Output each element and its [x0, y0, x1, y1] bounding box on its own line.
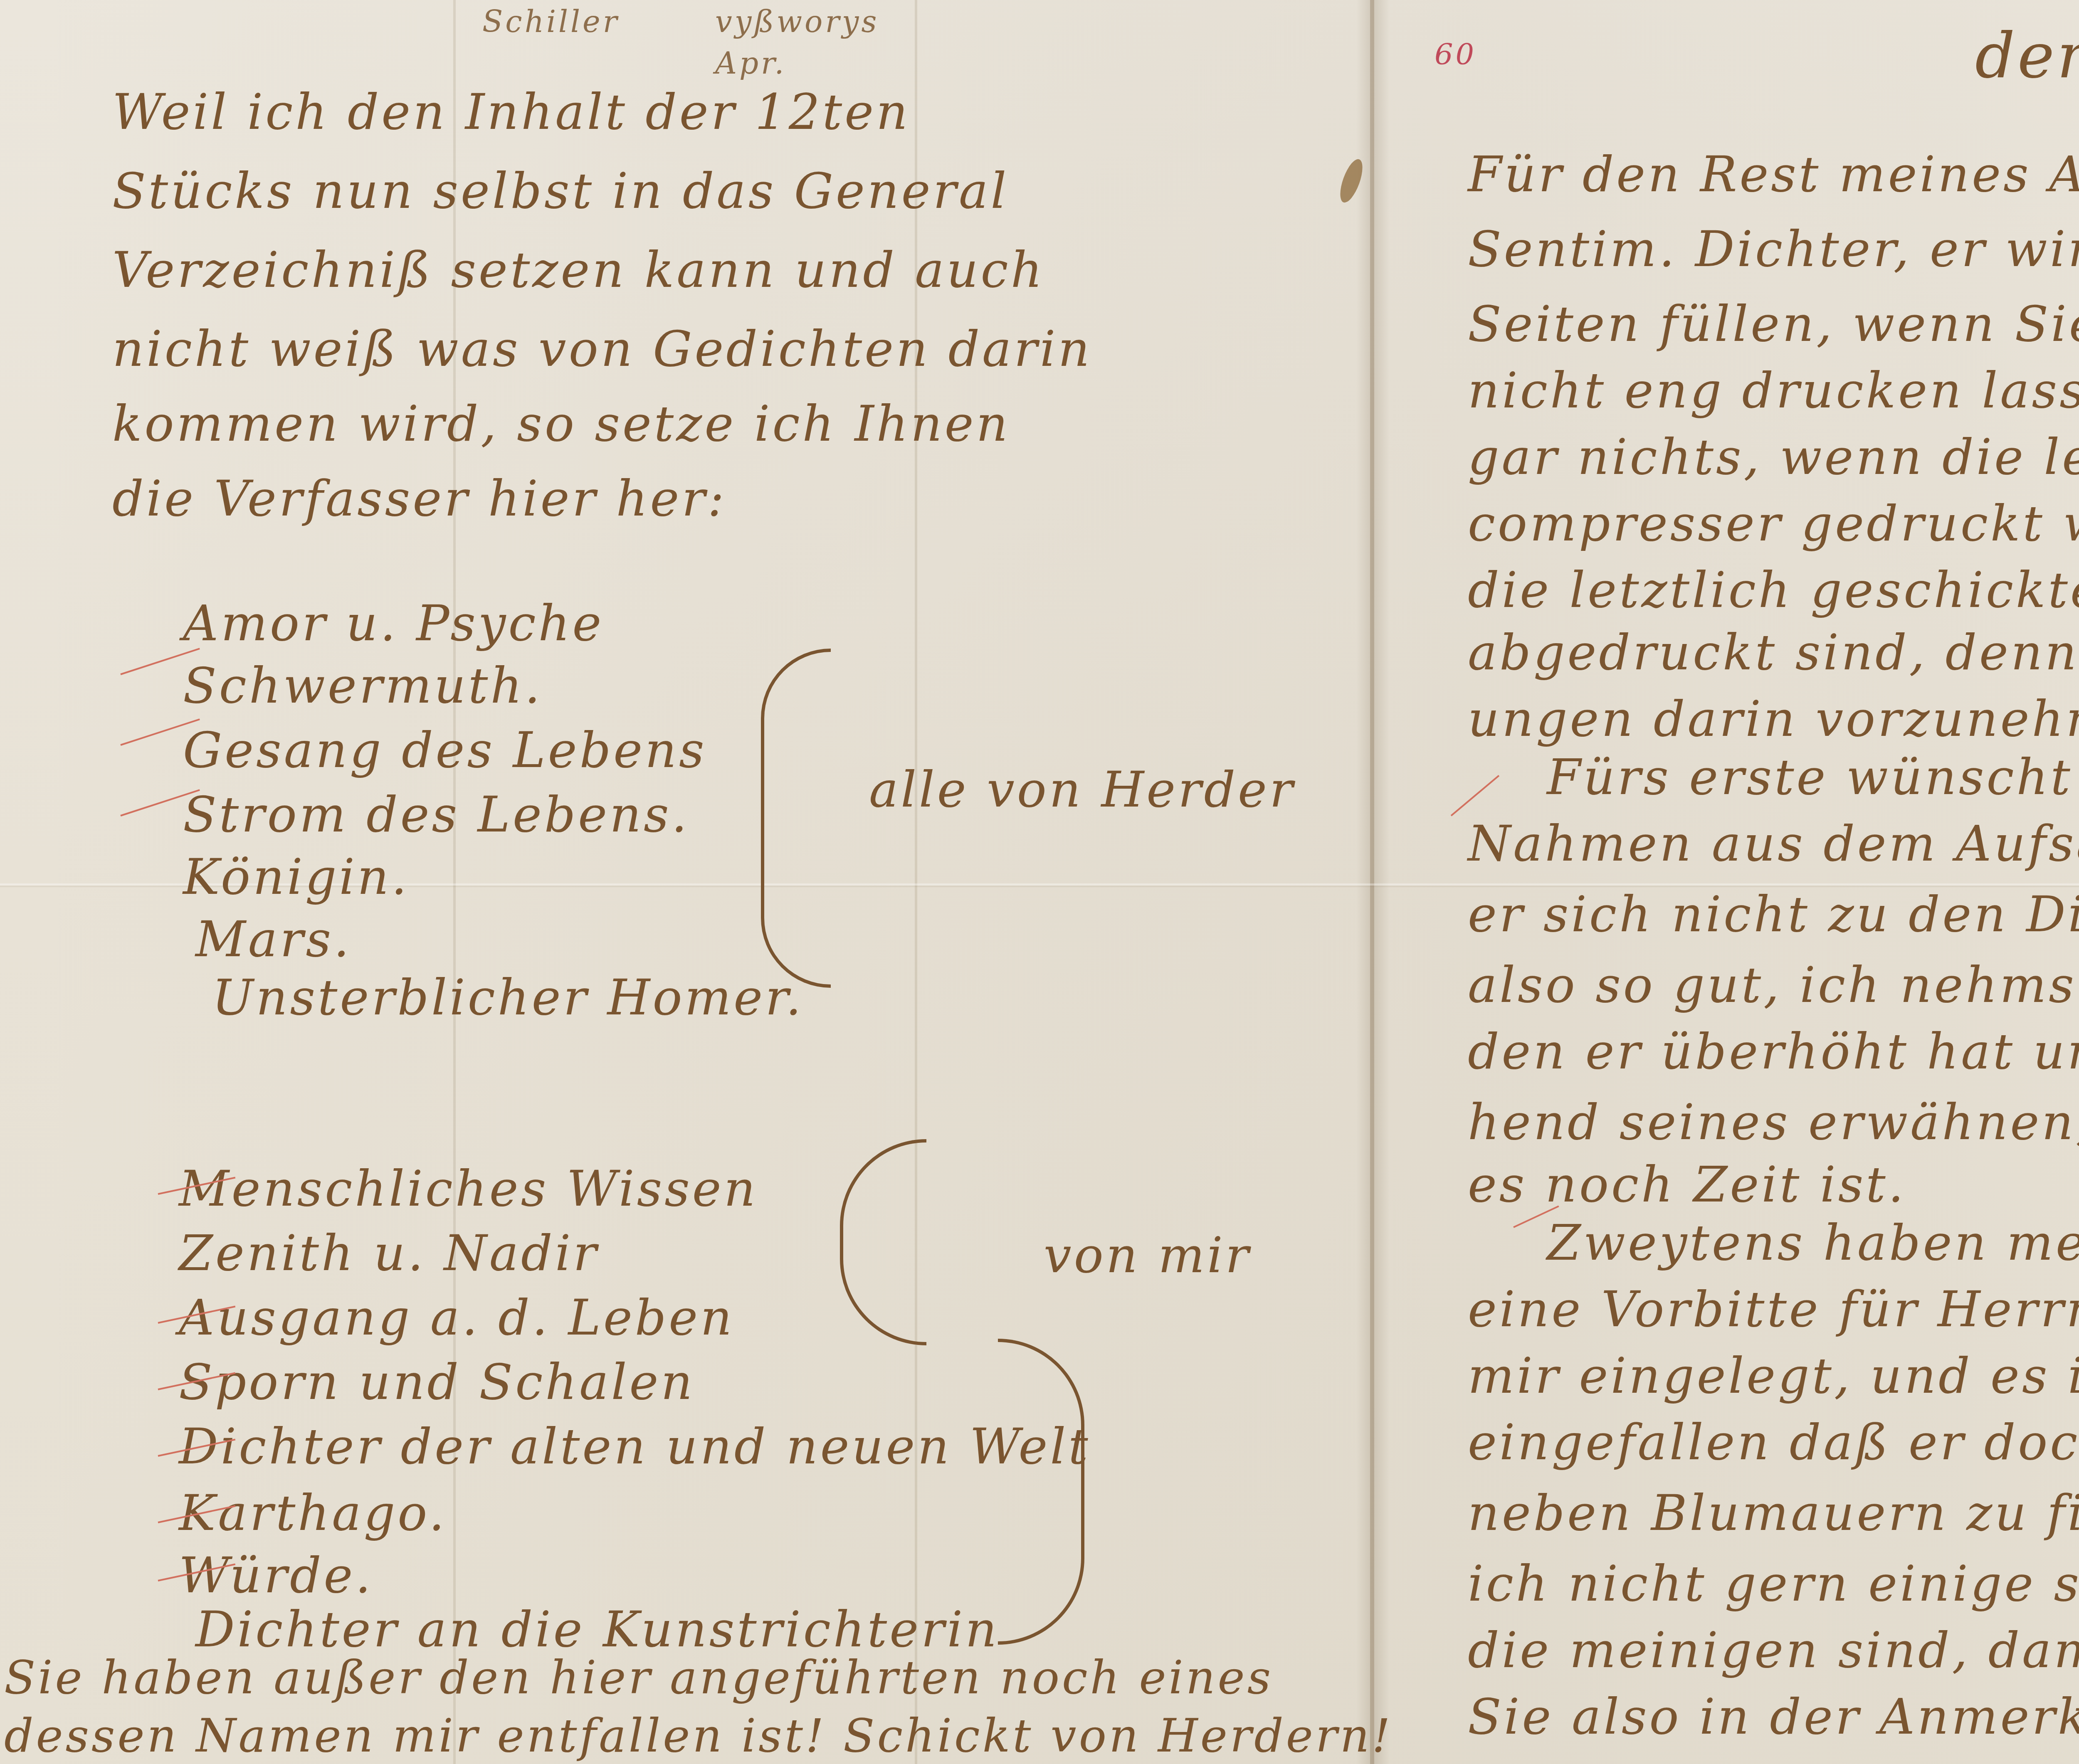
brace-icon [761, 649, 831, 988]
body-line: Nahmen aus dem Aufsatze hinwegbleibe, we… [1468, 819, 2079, 868]
body-line: mir eingelegt, und es ist mir auch selbs… [1468, 1351, 2079, 1400]
poem-title: Dichter der alten und neuen Welt [179, 1422, 1091, 1471]
body-line: die Verfasser hier her: [112, 474, 727, 523]
body-line: Sentim. Dichter, er wird gerade 8 [1468, 225, 2079, 274]
poem-title: Mars. [195, 915, 352, 964]
body-line: neben Blumauern zu figuriren. Auch wolle [1468, 1488, 2079, 1537]
body-line: ungen darin vorzunehmen. [1468, 694, 2079, 743]
archival-number-note: vyßworys [715, 4, 879, 39]
ink-blot [1336, 156, 1367, 205]
closing-line: dessen Namen mir entfallen ist! Schickt … [4, 1713, 1393, 1759]
brace-icon [998, 1339, 1084, 1645]
body-line: es noch Zeit ist. [1468, 1160, 1906, 1209]
red-pencil-mark [1451, 775, 1499, 816]
folio-number: 60 [1435, 37, 1477, 72]
date-line: den VI. Nov. 95. [1975, 25, 2079, 87]
closing-line: Sie haben außer den hier angeführten noc… [4, 1655, 1273, 1700]
attribution-schiller: von mir [1044, 1231, 1251, 1280]
poem-title: Karthago. [179, 1488, 447, 1537]
poem-title: Zenith u. Nadir [179, 1229, 599, 1278]
poem-title: Gesang des Lebens [183, 725, 707, 775]
poem-title: Amor u. Psyche [183, 599, 604, 648]
body-line: Weil ich den Inhalt der 12ten [112, 87, 910, 136]
body-line: Zweytens haben mehrere meiner Freunde [1547, 1218, 2079, 1267]
body-line: gar nichts, wenn die letzten Seiten etwa… [1468, 432, 2079, 481]
body-line: den er überhöht hat und bitte ich bey Ho… [1468, 1027, 2079, 1076]
poem-title: Menschliches Wissen [179, 1164, 758, 1213]
body-line: die meinigen sind, damit betrüben. Strei… [1468, 1626, 2079, 1675]
body-line: Fürs erste wünscht Herder, daß seine [1547, 752, 2079, 802]
poem-title: Königin. [183, 852, 410, 901]
poem-title: Würde. [179, 1551, 373, 1600]
archival-sub-note: Apr. [715, 46, 786, 81]
attribution-herder: alle von Herder [869, 765, 1295, 814]
body-line: hend seines erwähnen, herauszulassen, we… [1468, 1098, 2079, 1147]
manuscript-sheet: Schiller vyßworys Apr. Weil ich den Inha… [0, 0, 2079, 1764]
poem-title: Unsterblicher Homer. [212, 973, 804, 1022]
body-line: Seiten füllen, wenn Sie nur die Anmerkun… [1468, 299, 2079, 348]
body-line: Sie also in der Anmerkung, wo er vorkomm… [1468, 1692, 2079, 1741]
body-line: eingefallen daß er doch zu gut ist, um [1468, 1418, 2079, 1467]
archival-author-note: Schiller [482, 4, 620, 39]
body-line: also so gut, ich nehmst den andern Dicht… [1468, 960, 2079, 1009]
body-line: nicht eng drucken lassen; auch thut es [1468, 366, 2079, 415]
right-page: 60 den VI. Nov. 95. Für den Rest meines … [1372, 0, 2079, 1764]
poem-title: Sporn und Schalen [179, 1357, 695, 1406]
body-line: Verzeichniß setzen kann und auch [112, 245, 1045, 294]
body-line: die letztlich geschickten Blätter noch n… [1468, 565, 2079, 614]
body-line: eine Vorbitte für Herrn Reinhold bey [1468, 1285, 2079, 1334]
poem-title: Ausgang a. d. Leben [179, 1293, 734, 1342]
body-line: Stücks nun selbst in das General [112, 166, 1009, 215]
poem-title: Strom des Lebens. [183, 790, 689, 839]
brace-icon [840, 1139, 926, 1345]
body-line: er sich nicht zu den Dichtern zählt. Sag… [1468, 890, 2079, 939]
body-line: ich nicht gern einige seiner Freunde die… [1468, 1559, 2079, 1608]
body-line: Für den Rest meines Aufsatzes über [1468, 150, 2079, 199]
poem-title: Dichter an die Kunstrichterin [195, 1605, 999, 1654]
body-line: nicht weiß was von Gedichten darin [112, 324, 1092, 373]
left-page: Schiller vyßworys Apr. Weil ich den Inha… [0, 0, 1372, 1764]
body-line: kommen wird, so setze ich Ihnen [112, 399, 1010, 448]
poem-title: Schwermuth. [183, 661, 543, 710]
body-line: compresser gedruckt werden. Doch hoffe i… [1468, 499, 2079, 548]
body-line: abgedruckt sind, denn es sind einige Ver… [1468, 628, 2079, 677]
